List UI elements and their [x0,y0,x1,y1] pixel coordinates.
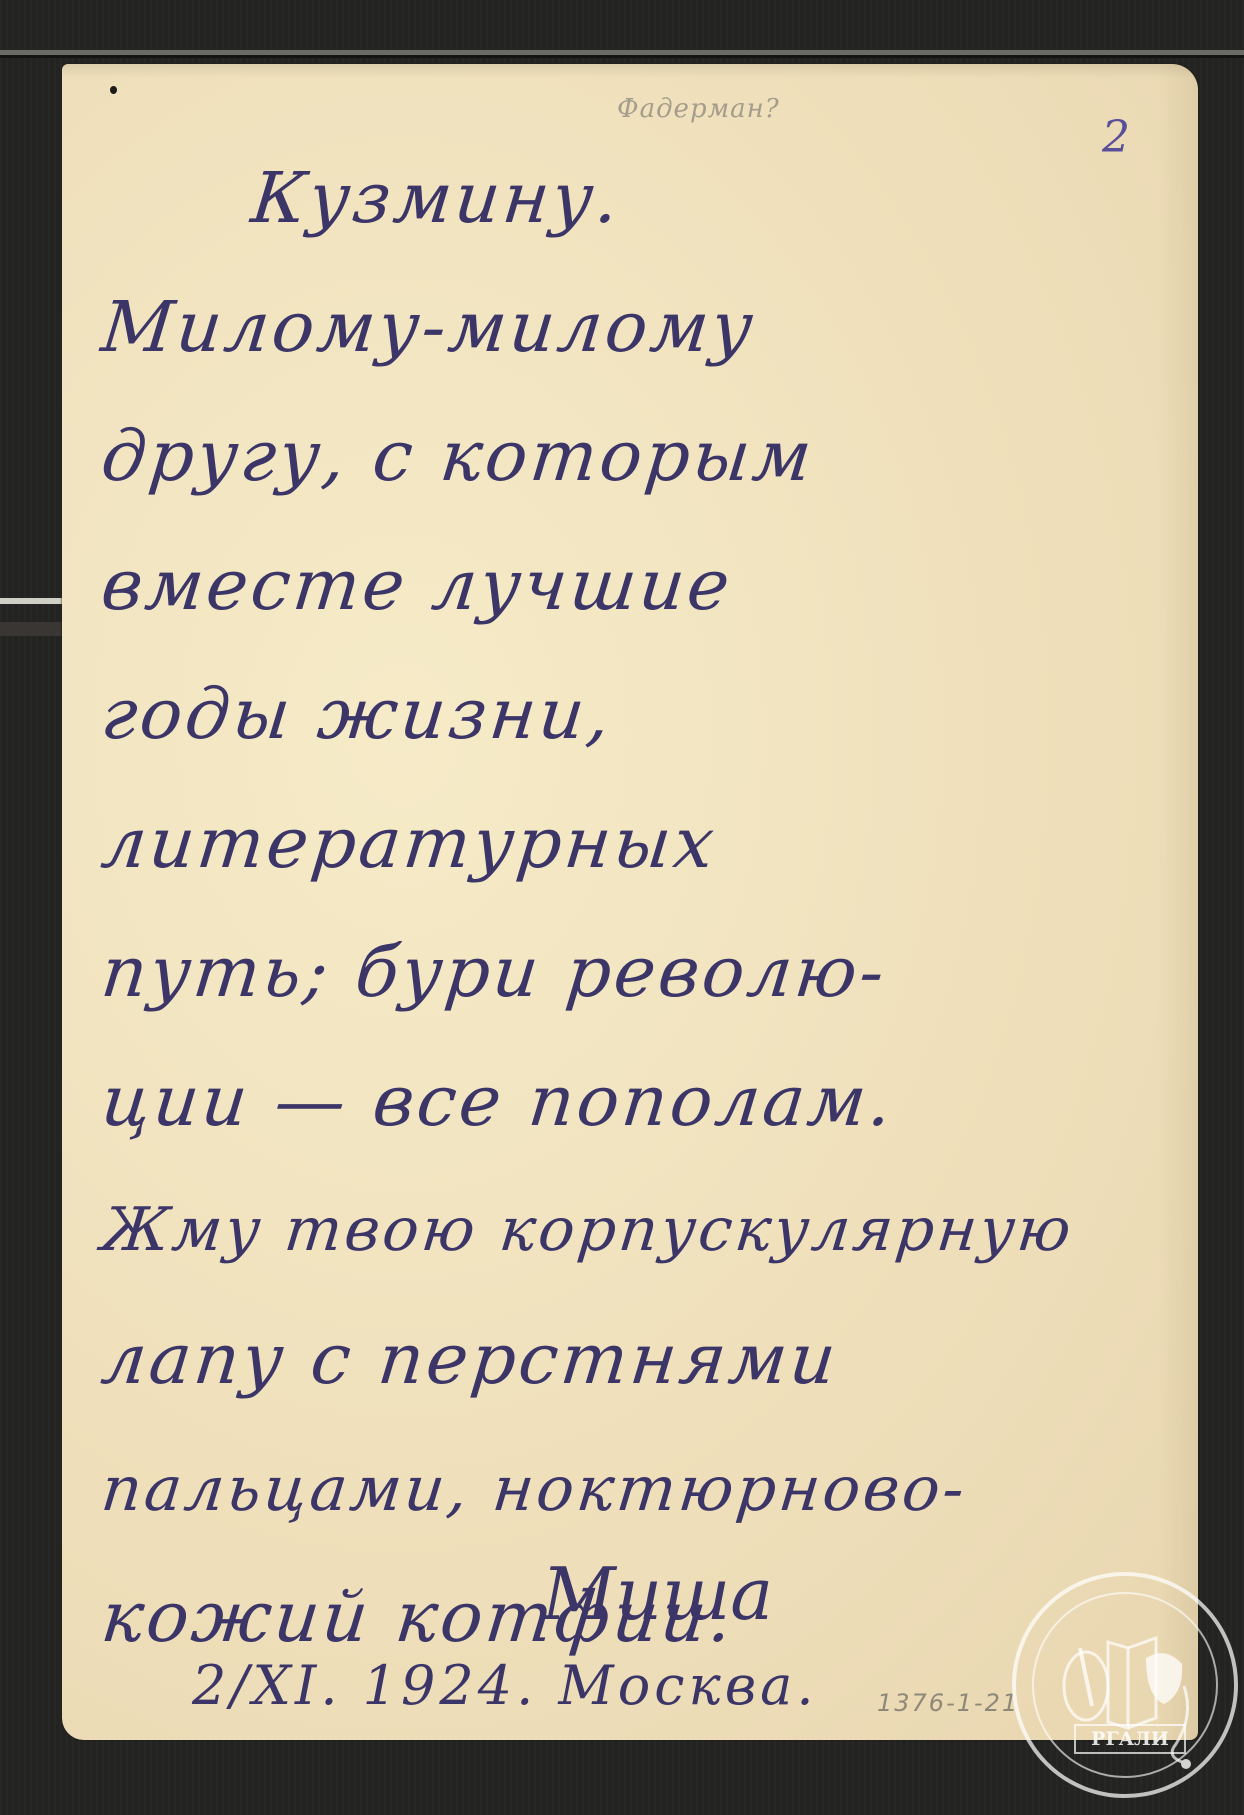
ink-dot [110,86,117,94]
letter-line: Жму твою корпускулярную [95,1166,1169,1295]
date-place-line: 2/XI. 1924. Москва. [192,1654,818,1717]
signature: Миша [542,1552,773,1636]
pencil-annotation: Фадерман? [617,94,780,124]
letter-line: ции — все пополам. [95,1037,1169,1166]
seal-label: РГАЛИ [1074,1724,1186,1754]
top-mount-rule [0,50,1244,58]
archive-seal-watermark: РГАЛИ [1012,1572,1238,1798]
letter-line: пальцами, ноктюрново- [95,1424,1169,1553]
postcard: Фадерман? 2 Кузмину. Милому-милому другу… [62,64,1198,1740]
letter-line: другу, с которым [95,392,1169,521]
letter-body: Кузмину. Милому-милому другу, с которым … [102,134,1162,1682]
letter-line: Кузмину. [95,134,1169,263]
left-mount-strip [0,622,62,636]
seal-emblem-icon [1016,1576,1242,1802]
archive-number: 1376-1-21 [877,1689,1019,1717]
letter-line: литературных [95,779,1169,908]
letter-line: Милому-милому [95,263,1169,392]
left-mount-rule [0,598,62,604]
letter-line: путь; бури револю- [95,908,1169,1037]
letter-line: вместе лучшие [95,521,1169,650]
letter-line: лапу с перстнями [95,1295,1169,1424]
letter-line: годы жизни, [95,650,1169,779]
